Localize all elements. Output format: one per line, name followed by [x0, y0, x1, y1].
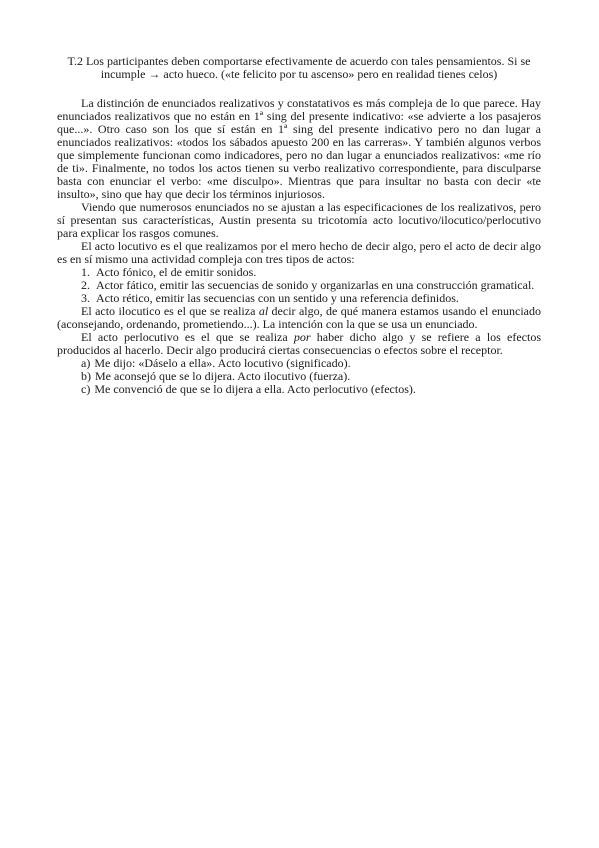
- paragraph-perlocutivo-pre: El acto perlocutivo es el que se realiza: [81, 330, 294, 344]
- document-page: T.2 Los participantes deben comportarse …: [0, 0, 599, 848]
- paragraph-ilocutivo-pre: El acto ilocutico es el que se realiza: [81, 304, 259, 318]
- example-c-text: Me convenció de que se lo dijera a ella.…: [94, 382, 416, 396]
- examples-list: a)Me dijo: «Dáselo a ella». Acto locutiv…: [57, 357, 541, 396]
- example-c-marker: c): [81, 382, 90, 396]
- paragraph-viendo: Viendo que numerosos enunciados no se aj…: [57, 201, 541, 240]
- example-c: c)Me convenció de que se lo dijera a ell…: [57, 383, 541, 396]
- paragraph-distincion: La distinción de enunciados realizativos…: [57, 97, 541, 201]
- paragraph-ilocutivo: El acto ilocutico es el que se realiza a…: [57, 305, 541, 331]
- paragraph-ilocutivo-emphasis: al: [259, 304, 268, 318]
- example-a-marker: a): [81, 356, 90, 370]
- paragraph-locutivo: El acto locutivo es el que realizamos po…: [57, 240, 541, 266]
- example-a-text: Me dijo: «Dáselo a ella». Acto locutivo …: [94, 356, 350, 370]
- paragraph-perlocutivo: El acto perlocutivo es el que se realiza…: [57, 331, 541, 357]
- heading-note: T.2 Los participantes deben comportarse …: [57, 55, 541, 81]
- acts-list: 1. Acto fónico, el de emitir sonidos. 2.…: [57, 266, 541, 305]
- example-b-marker: b): [81, 369, 91, 383]
- paragraph-perlocutivo-emphasis: por: [294, 330, 311, 344]
- example-b-text: Me aconsejó que se lo dijera. Acto ilocu…: [95, 369, 350, 383]
